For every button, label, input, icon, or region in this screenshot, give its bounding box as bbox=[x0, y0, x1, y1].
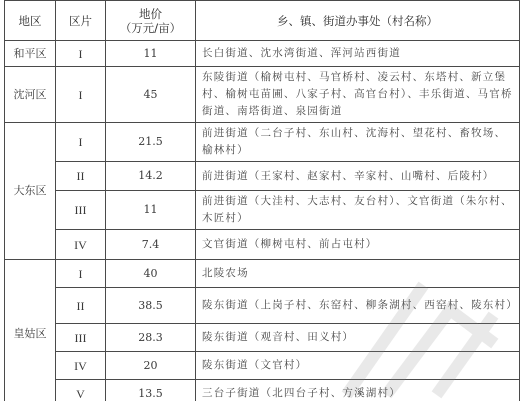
header-price-line2: （万元/亩） bbox=[106, 21, 195, 35]
table-row: 皇姑区 I 40 北陵农场 bbox=[5, 260, 520, 288]
table-row: III 11 前进街道（大洼村、大志村、友台村）、文官街道（朱尔村、木匠村） bbox=[5, 191, 520, 230]
zone-cell: II bbox=[56, 162, 106, 191]
zone-cell: III bbox=[56, 324, 106, 352]
land-price-table: 地区 区片 地价 （万元/亩） 乡、镇、街道办事处（村名称） 和平区 I 11 … bbox=[4, 0, 520, 401]
zone-cell: V bbox=[56, 380, 106, 401]
zone-cell: I bbox=[56, 67, 106, 123]
price-cell: 7.4 bbox=[106, 230, 196, 260]
header-row: 地区 区片 地价 （万元/亩） 乡、镇、街道办事处（村名称） bbox=[5, 1, 520, 41]
streets-cell: 北陵农场 bbox=[196, 260, 520, 288]
price-cell: 14.2 bbox=[106, 162, 196, 191]
district-cell: 沈河区 bbox=[5, 67, 56, 123]
zone-cell: I bbox=[56, 123, 106, 162]
header-price: 地价 （万元/亩） bbox=[106, 1, 196, 41]
table-row: III 28.3 陵东街道（观音村、田义村） bbox=[5, 324, 520, 352]
district-cell: 和平区 bbox=[5, 41, 56, 67]
district-cell: 大东区 bbox=[5, 123, 56, 260]
table-row: II 14.2 前进街道（王家村、赵家村、辛家村、山嘴村、后陵村） bbox=[5, 162, 520, 191]
zone-cell: II bbox=[56, 288, 106, 324]
table-row: IV 7.4 文官街道（柳树屯村、前占屯村） bbox=[5, 230, 520, 260]
table-row: II 38.5 陵东街道（上岗子村、东窑村、柳条湖村、西窑村、陵东村） bbox=[5, 288, 520, 324]
table-row: 大东区 I 21.5 前进街道（二台子村、东山村、沈海村、望花村、畜牧场、榆林村… bbox=[5, 123, 520, 162]
price-cell: 11 bbox=[106, 41, 196, 67]
streets-cell: 前进街道（二台子村、东山村、沈海村、望花村、畜牧场、榆林村） bbox=[196, 123, 520, 162]
table-row: 和平区 I 11 长白街道、沈水湾街道、浑河站西街道 bbox=[5, 41, 520, 67]
streets-cell: 三台子街道（北四台子村、方溪湖村） bbox=[196, 380, 520, 401]
header-streets: 乡、镇、街道办事处（村名称） bbox=[196, 1, 520, 41]
price-cell: 11 bbox=[106, 191, 196, 230]
table-row: V 13.5 三台子街道（北四台子村、方溪湖村） bbox=[5, 380, 520, 401]
price-cell: 45 bbox=[106, 67, 196, 123]
streets-cell: 东陵街道（榆树屯村、马官桥村、凌云村、东塔村、新立堡村、榆树屯苗圃、八家子村、高… bbox=[196, 67, 520, 123]
streets-cell: 前进街道（大洼村、大志村、友台村）、文官街道（朱尔村、木匠村） bbox=[196, 191, 520, 230]
streets-cell: 文官街道（柳树屯村、前占屯村） bbox=[196, 230, 520, 260]
streets-cell: 陵东街道（观音村、田义村） bbox=[196, 324, 520, 352]
streets-cell: 陵东街道（文官村） bbox=[196, 352, 520, 380]
streets-cell: 长白街道、沈水湾街道、浑河站西街道 bbox=[196, 41, 520, 67]
price-cell: 28.3 bbox=[106, 324, 196, 352]
header-price-line1: 地价 bbox=[106, 7, 195, 21]
price-cell: 40 bbox=[106, 260, 196, 288]
price-cell: 38.5 bbox=[106, 288, 196, 324]
zone-cell: III bbox=[56, 191, 106, 230]
zone-cell: I bbox=[56, 260, 106, 288]
streets-cell: 陵东街道（上岗子村、东窑村、柳条湖村、西窑村、陵东村） bbox=[196, 288, 520, 324]
district-cell: 皇姑区 bbox=[5, 260, 56, 401]
zone-cell: IV bbox=[56, 230, 106, 260]
table-row: IV 20 陵东街道（文官村） bbox=[5, 352, 520, 380]
zone-cell: IV bbox=[56, 352, 106, 380]
table-row: 沈河区 I 45 东陵街道（榆树屯村、马官桥村、凌云村、东塔村、新立堡村、榆树屯… bbox=[5, 67, 520, 123]
price-cell: 21.5 bbox=[106, 123, 196, 162]
price-cell: 20 bbox=[106, 352, 196, 380]
streets-cell: 前进街道（王家村、赵家村、辛家村、山嘴村、后陵村） bbox=[196, 162, 520, 191]
header-zone: 区片 bbox=[56, 1, 106, 41]
header-district: 地区 bbox=[5, 1, 56, 41]
price-cell: 13.5 bbox=[106, 380, 196, 401]
zone-cell: I bbox=[56, 41, 106, 67]
